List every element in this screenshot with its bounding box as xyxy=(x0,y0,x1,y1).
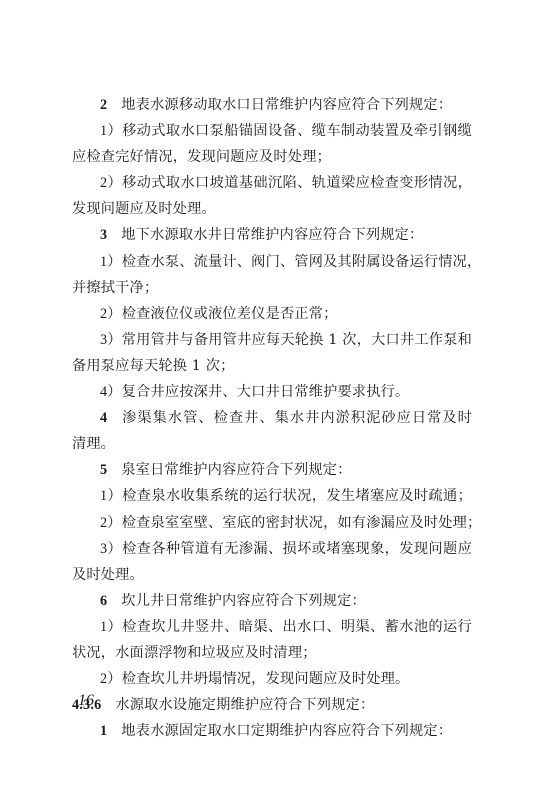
clause-number: 3） xyxy=(100,541,122,557)
continuation-line: 备用泵应每天轮换 1 次； xyxy=(72,353,472,379)
clause-text: 移动式取水口坡道基础沉陷、轨道梁应检查变形情况， xyxy=(122,175,472,191)
clause-number: 1） xyxy=(100,254,122,270)
sub-clause: 3）常用管井与备用管井应每天轮换 1 次，大口井工作泵和 xyxy=(72,327,472,353)
clause-text: 水源取水设施定期维护应符合下列规定： xyxy=(115,697,374,713)
clause-text: 检查液位仪或液位差仪是否正常； xyxy=(122,306,338,322)
sub-clause: 1）移动式取水口泵船锚固设备、缆车制动装置及牵引钢缆 xyxy=(72,118,472,144)
document-page: 2地表水源移动取水口日常维护内容应符合下列规定：1）移动式取水口泵船锚固设备、缆… xyxy=(0,0,551,789)
sub-clause: 2）检查泉室室壁、室底的密封状况，如有渗漏应及时处理； xyxy=(72,510,472,536)
clause-text: 地表水源固定取水口定期维护内容应符合下列规定： xyxy=(121,723,452,739)
clause-number: 2 xyxy=(100,97,107,113)
clause-text: 移动式取水口泵船锚固设备、缆车制动装置及牵引钢缆 xyxy=(122,123,472,139)
clause-text: 及时处理。 xyxy=(72,567,144,583)
clause-item: 2地表水源移动取水口日常维护内容应符合下列规定： xyxy=(72,92,472,118)
clause-text: 检查泉水收集系统的运行状况，发生堵塞应及时疏通； xyxy=(122,488,472,504)
continuation-line: 应检查完好情况，发现问题应及时处理； xyxy=(72,144,472,170)
sub-clause: 2）移动式取水口坡道基础沉陷、轨道梁应检查变形情况， xyxy=(72,170,472,196)
clause-number: 3 xyxy=(100,227,107,243)
clause-text: 发现问题应及时处理。 xyxy=(72,201,216,217)
sub-clause: 4）复合井应按深井、大口井日常维护要求执行。 xyxy=(72,379,472,405)
continuation-line: 清理。 xyxy=(72,431,472,457)
sub-clause: 1）检查水泵、流量计、阀门、管网及其附属设备运行情况， xyxy=(72,249,472,275)
clause-number: 2） xyxy=(100,515,122,531)
clause-text: 并擦拭干净； xyxy=(72,280,158,296)
clause-item: 5泉室日常维护内容应符合下列规定： xyxy=(72,457,472,483)
clause-text: 坎儿井日常维护内容应符合下列规定： xyxy=(121,593,366,609)
sub-clause: 3）检查各种管道有无渗漏、损坏或堵塞现象，发现问题应 xyxy=(72,536,472,562)
clause-number: 1） xyxy=(100,123,122,139)
clause-text: 地下水源取水井日常维护内容应符合下列规定： xyxy=(121,227,423,243)
clause-text: 检查泉室室壁、室底的密封状况，如有渗漏应及时处理； xyxy=(122,515,482,531)
clause-text: 检查坎儿井竖井、暗渠、出水口、明渠、蓄水池的运行 xyxy=(122,619,472,635)
continuation-line: 状况，水面漂浮物和垃圾应及时清理； xyxy=(72,640,472,666)
clause-item: 6坎儿井日常维护内容应符合下列规定： xyxy=(72,588,472,614)
sub-clause: 1）检查坎儿井竖井、暗渠、出水口、明渠、蓄水池的运行 xyxy=(72,614,472,640)
page-number: 16 xyxy=(78,692,94,710)
continuation-line: 发现问题应及时处理。 xyxy=(72,196,472,222)
clause-text: 检查坎儿井坍塌情况，发现问题应及时处理。 xyxy=(122,671,410,687)
clause-text: 地表水源移动取水口日常维护内容应符合下列规定： xyxy=(121,97,452,113)
clause-number: 2） xyxy=(100,306,122,322)
sub-clause: 2）检查坎儿井坍塌情况，发现问题应及时处理。 xyxy=(72,666,472,692)
clause-text: 备用泵应每天轮换 1 次； xyxy=(72,358,235,374)
sub-clause: 2）检查液位仪或液位差仪是否正常； xyxy=(72,301,472,327)
clause-text: 检查水泵、流量计、阀门、管网及其附属设备运行情况， xyxy=(122,254,482,270)
clause-text: 复合井应按深井、大口井日常维护要求执行。 xyxy=(122,384,410,400)
clause-text: 检查各种管道有无渗漏、损坏或堵塞现象，发现问题应 xyxy=(122,541,472,557)
clause-number: 6 xyxy=(100,593,107,609)
clause-number: 2） xyxy=(100,175,122,191)
clause-number: 4） xyxy=(100,384,122,400)
clause-number: 1） xyxy=(100,619,122,635)
section-heading: 4.3.6水源取水设施定期维护应符合下列规定： xyxy=(72,692,472,718)
sub-clause: 1）检查泉水收集系统的运行状况，发生堵塞应及时疏通； xyxy=(72,483,472,509)
clause-text: 泉室日常维护内容应符合下列规定： xyxy=(121,462,351,478)
clause-number: 5 xyxy=(100,462,107,478)
clause-number: 3） xyxy=(100,332,122,348)
clause-text: 清理。 xyxy=(72,436,115,452)
clause-item: 3地下水源取水井日常维护内容应符合下列规定： xyxy=(72,222,472,248)
clause-number: 4 xyxy=(100,410,107,426)
continuation-line: 及时处理。 xyxy=(72,562,472,588)
clause-number: 2） xyxy=(100,671,122,687)
clause-text: 状况，水面漂浮物和垃圾应及时清理； xyxy=(72,645,317,661)
continuation-line: 并擦拭干净； xyxy=(72,275,472,301)
clause-text: 常用管井与备用管井应每天轮换 1 次，大口井工作泵和 xyxy=(122,332,472,348)
clause-item: 1地表水源固定取水口定期维护内容应符合下列规定： xyxy=(72,718,472,744)
clause-text: 渗渠集水管、检查井、集水井内淤积泥砂应日常及时 xyxy=(121,410,472,426)
text-block: 2地表水源移动取水口日常维护内容应符合下列规定：1）移动式取水口泵船锚固设备、缆… xyxy=(72,92,472,744)
clause-text: 应检查完好情况，发现问题应及时处理； xyxy=(72,149,331,165)
clause-number: 1 xyxy=(100,723,107,739)
clause-item: 4渗渠集水管、检查井、集水井内淤积泥砂应日常及时 xyxy=(72,405,472,431)
clause-number: 1） xyxy=(100,488,122,504)
